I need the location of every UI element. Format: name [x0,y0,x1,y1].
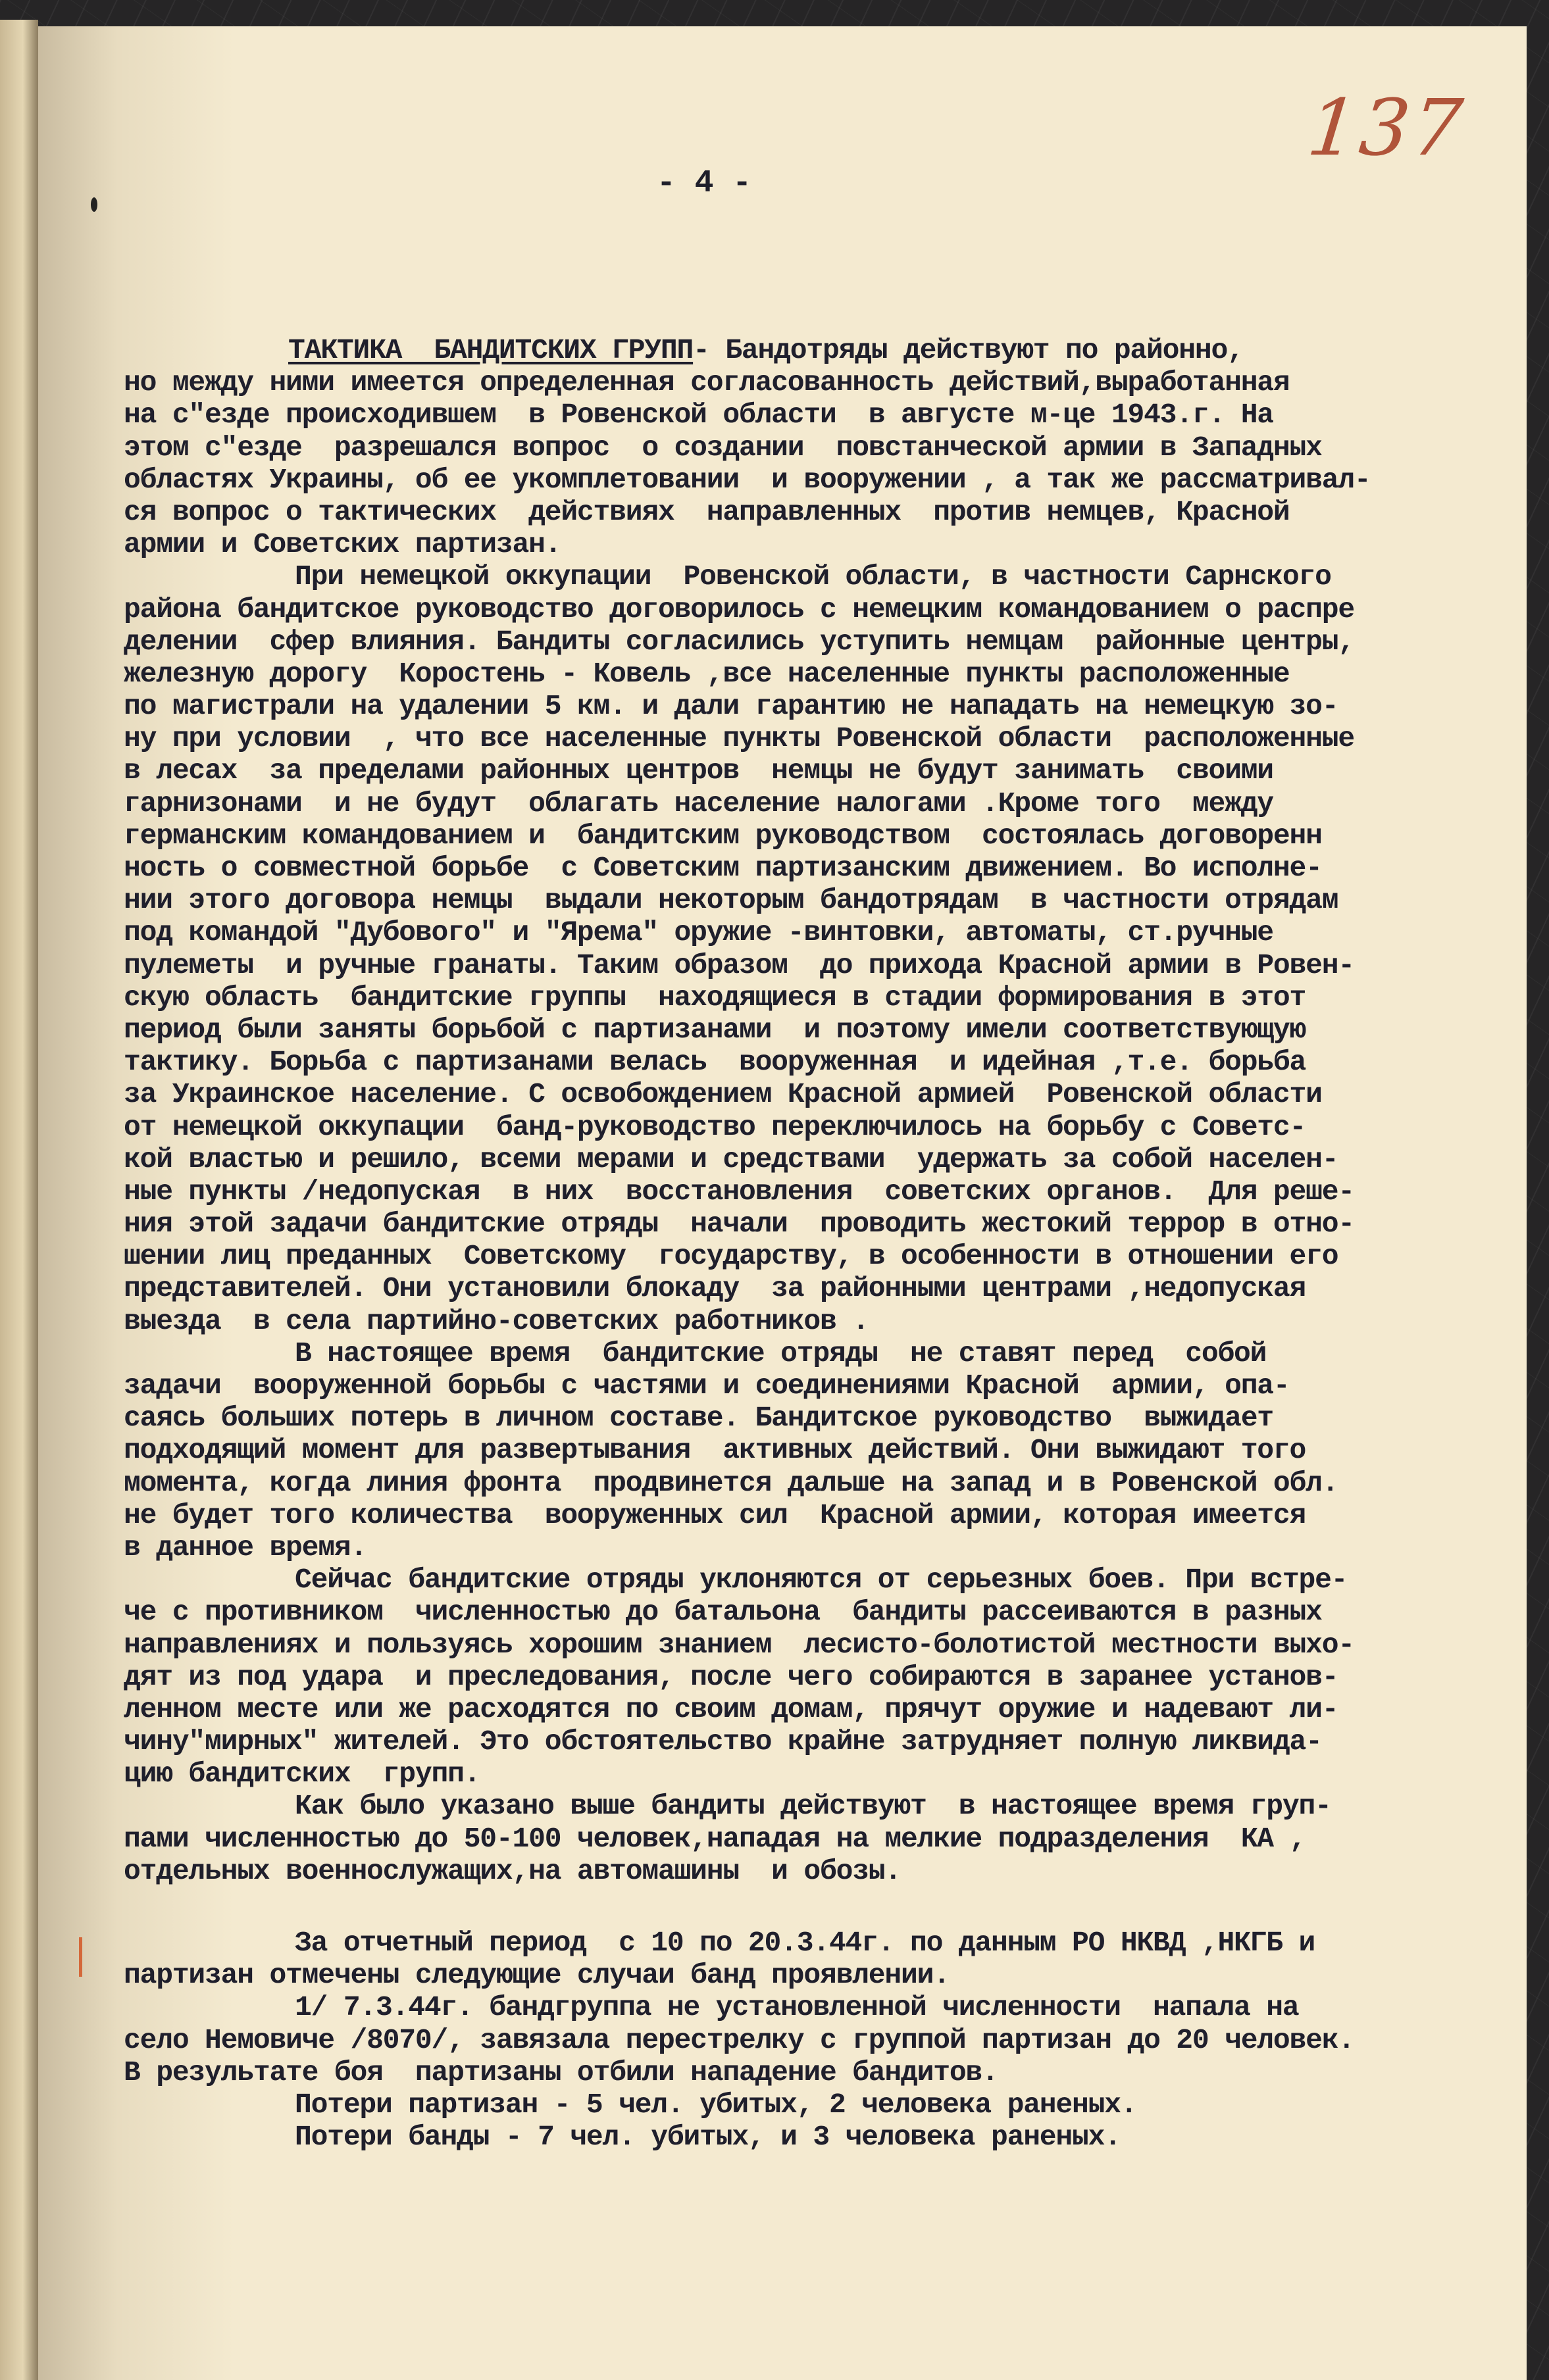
text-line: ся вопрос о тактических действиях направ… [124,496,1549,528]
text-line: В настоящее время бандитские отряды не с… [124,1337,1549,1370]
text-line: в данное время. [124,1531,1549,1564]
archival-folio-number: 137 [1304,82,1469,173]
red-pencil-mark [79,1937,82,1977]
paragraph-gap [124,1887,1549,1927]
text-line: чину"мирных" жителей. Это обстоятельство… [124,1725,1549,1758]
text-line: выезда в села партийно-советских работни… [124,1305,1549,1337]
text-line: тактику. Борьба с партизанами велась воо… [124,1046,1549,1078]
text-line: Как было указано выше бандиты действуют … [124,1790,1549,1822]
text-line: ленном месте или же расходятся по своим … [124,1693,1549,1725]
text-line: пулеметы и ручные гранаты. Таким образом… [124,949,1549,981]
text-line: подходящий момент для развертывания акти… [124,1434,1549,1466]
text-line: пами численностью до 50-100 человек,напа… [124,1823,1549,1855]
document-body: ТАКТИКА БАНДИТСКИХ ГРУПП- Бандотряды дей… [124,334,1549,2153]
text-line: партизан отмечены следующие случаи банд … [124,1959,1549,1991]
text-line: делении сфер влияния. Бандиты согласилис… [124,626,1549,658]
text-line: в лесах за пределами районных центров не… [124,755,1549,787]
text-line: от немецкой оккупации банд-руководство п… [124,1111,1549,1143]
text-line: района бандитское руководство договорило… [124,593,1549,626]
text-line: дят из под удара и преследования, после … [124,1661,1549,1693]
text-line: момента, когда линия фронта продвинется … [124,1467,1549,1499]
text-line: ния этой задачи бандитские отряды начали… [124,1208,1549,1240]
adjacent-page-edge [0,20,38,2380]
page-number: - 4 - [657,166,751,201]
text-line: село Немовиче /8070/, завязала перестрел… [124,2024,1549,2056]
text-line: В результате боя партизаны отбили нападе… [124,2056,1549,2089]
text-line: период были заняты борьбой с партизанами… [124,1014,1549,1046]
text-line: нии этого договора немцы выдали некоторы… [124,884,1549,916]
text-line: областях Украины, об ее укомплетовании и… [124,464,1549,496]
text-line: гарнизонами и не будут облагать населени… [124,787,1549,820]
text-line: Потери банды - 7 чел. убитых, и 3 челове… [124,2121,1549,2153]
text-line: саясь больших потерь в личном составе. Б… [124,1402,1549,1434]
text-line: представителей. Они установили блокаду з… [124,1272,1549,1304]
text-line: этом с"езде разрешался вопрос о создании… [124,432,1549,464]
section-heading: ТАКТИКА БАНДИТСКИХ ГРУПП [288,334,693,366]
text-line: ные пункты /недопуская в них восстановле… [124,1176,1549,1208]
text-line: за Украинское население. С освобождением… [124,1078,1549,1110]
text-line: отдельных военнослужащих,на автомашины и… [124,1855,1549,1887]
text-line: по магистрали на удалении 5 км. и дали г… [124,690,1549,722]
text-line: ТАКТИКА БАНДИТСКИХ ГРУПП- Бандотряды дей… [124,334,1549,366]
text-line: че с противником численностью до батальо… [124,1596,1549,1628]
text-line: задачи вооруженной борьбы с частями и со… [124,1370,1549,1402]
text-line: ну при условии , что все населенные пунк… [124,722,1549,755]
text-line: ность о совместной борьбе с Советским па… [124,852,1549,884]
text-line: Сейчас бандитские отряды уклоняются от с… [124,1564,1549,1596]
text-line: При немецкой оккупации Ровенской области… [124,560,1549,593]
text-line: армии и Советских партизан. [124,528,1549,560]
document-page: 137 - 4 - ТАКТИКА БАНДИТСКИХ ГРУПП- Банд… [38,26,1527,2380]
text-line: цию бандитских групп. [124,1758,1549,1790]
text-line: Потери партизан - 5 чел. убитых, 2 челов… [124,2089,1549,2121]
text-line: 1/ 7.3.44г. бандгруппа не установленной … [124,1991,1549,2023]
text-line: не будет того количества вооруженных сил… [124,1499,1549,1531]
ink-mark [91,197,97,212]
text-line: под командой "Дубового" и "Ярема" оружие… [124,916,1549,949]
text-line: шении лиц преданных Советскому государст… [124,1240,1549,1272]
text-line: направлениях и пользуясь хорошим знанием… [124,1629,1549,1661]
text-line: За отчетный период с 10 по 20.3.44г. по … [124,1927,1549,1959]
text-line: кой властью и решило, всеми мерами и сре… [124,1143,1549,1176]
text-line: скую область бандитские группы находящие… [124,981,1549,1014]
text-line: но между ними имеется определенная согла… [124,366,1549,399]
text-line: германским командованием и бандитским ру… [124,820,1549,852]
text-line: на с"езде происходившем в Ровенской обла… [124,399,1549,431]
text-line: железную дорогу Коростень - Ковель ,все … [124,658,1549,690]
